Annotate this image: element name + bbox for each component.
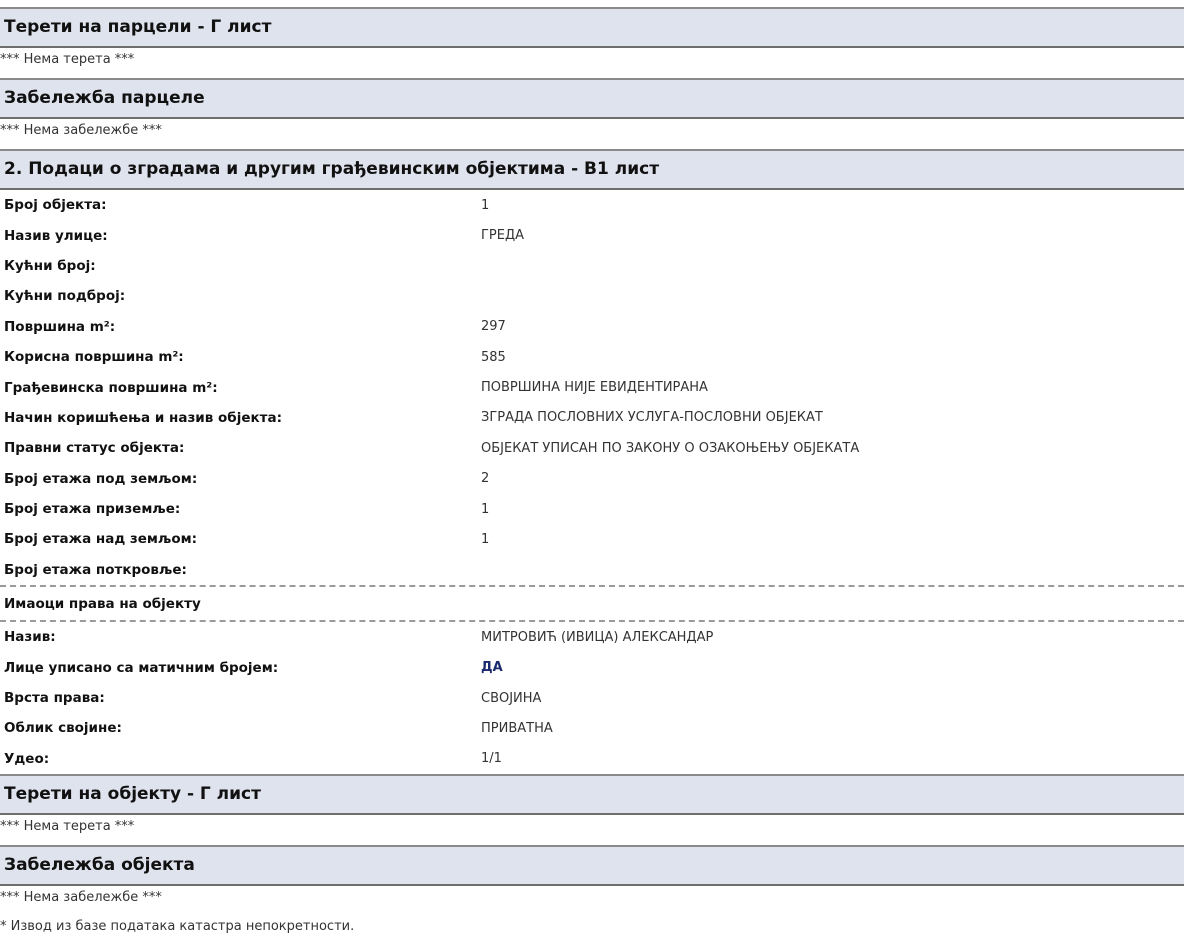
field-label: Број етажа над земљом: <box>0 531 481 547</box>
field-value: 1 <box>481 502 489 517</box>
field-label: Број објекта: <box>0 197 481 213</box>
field-row-floors-ground: Број етажа приземље: 1 <box>0 494 1184 524</box>
field-label: Назив: <box>0 629 481 645</box>
field-label: Кућни подброј: <box>0 288 481 304</box>
field-row-ownership-form: Облик својине: ПРИВАТНА <box>0 713 1184 743</box>
field-label: Назив улице: <box>0 228 481 244</box>
cadastre-extract: Терети на парцели - Г лист *** Нема тере… <box>0 7 1184 942</box>
field-value: ПОВРШИНА НИЈЕ ЕВИДЕНТИРАНА <box>481 380 708 395</box>
object-remarks-note: *** Нема забележбе *** <box>0 886 1184 916</box>
owners-subheading: Имаоци права на објекту <box>0 587 1184 620</box>
field-row-house-subnumber: Кућни подброј: <box>0 281 1184 311</box>
field-row-object-number: Број објекта: 1 <box>0 190 1184 220</box>
footer-note: * Извод из базе података катастра непокр… <box>0 916 1184 942</box>
field-value: 2 <box>481 471 489 486</box>
field-row-registered-with-id: Лице уписано са матичним бројем: ДА <box>0 652 1184 682</box>
field-row-floors-underground: Број етажа под земљом: 2 <box>0 464 1184 494</box>
field-value: ЗГРАДА ПОСЛОВНИХ УСЛУГА-ПОСЛОВНИ ОБЈЕКАТ <box>481 410 823 425</box>
field-label: Лице уписано са матичним бројем: <box>0 660 481 676</box>
field-row-usage-and-name: Начин коришћења и назив објекта: ЗГРАДА … <box>0 403 1184 433</box>
object-encumbrances-note: *** Нема терета *** <box>0 815 1184 845</box>
section-header-buildings: 2. Подаци о зградама и другим грађевинск… <box>0 149 1184 190</box>
field-value: 585 <box>481 350 506 365</box>
parcel-remarks-note: *** Нема забележбе *** <box>0 119 1184 149</box>
section-header-object-remarks: Забележба објекта <box>0 845 1184 886</box>
field-label: Начин коришћења и назив објекта: <box>0 410 481 426</box>
field-label: Кућни број: <box>0 258 481 274</box>
field-label: Врста права: <box>0 690 481 706</box>
field-row-right-type: Врста права: СВОЈИНА <box>0 683 1184 713</box>
field-row-share: Удео: 1/1 <box>0 744 1184 774</box>
parcel-encumbrances-note: *** Нема терета *** <box>0 48 1184 78</box>
owner-fields: Назив: МИТРОВИЋ (ИВИЦА) АЛЕКСАНДАР Лице … <box>0 622 1184 774</box>
field-label: Облик својине: <box>0 720 481 736</box>
field-value: ПРИВАТНА <box>481 721 553 736</box>
building-fields: Број објекта: 1 Назив улице: ГРЕДА Кућни… <box>0 190 1184 585</box>
section-header-parcel-encumbrances: Терети на парцели - Г лист <box>0 7 1184 48</box>
field-value: 1/1 <box>481 751 502 766</box>
field-row-legal-status: Правни статус објекта: ОБЈЕКАТ УПИСАН ПО… <box>0 433 1184 463</box>
field-row-floors-attic: Број етажа поткровље: <box>0 555 1184 585</box>
field-row-construction-area: Грађевинска површина m²: ПОВРШИНА НИЈЕ Е… <box>0 372 1184 402</box>
field-label: Број етажа под земљом: <box>0 471 481 487</box>
field-label: Број етажа поткровље: <box>0 562 481 578</box>
field-value: ОБЈЕКАТ УПИСАН ПО ЗАКОНУ О ОЗАКОЊЕЊУ ОБЈ… <box>481 441 859 456</box>
field-label: Грађевинска површина m²: <box>0 380 481 396</box>
field-label: Површина m²: <box>0 319 481 335</box>
field-value: МИТРОВИЋ (ИВИЦА) АЛЕКСАНДАР <box>481 630 713 645</box>
field-value: 1 <box>481 198 489 213</box>
section-header-object-encumbrances: Терети на објекту - Г лист <box>0 774 1184 815</box>
field-row-usable-area: Корисна површина m²: 585 <box>0 342 1184 372</box>
section-header-parcel-remarks: Забележба парцеле <box>0 78 1184 119</box>
field-row-house-number: Кућни број: <box>0 251 1184 281</box>
field-row-area: Површина m²: 297 <box>0 312 1184 342</box>
field-label: Правни статус објекта: <box>0 440 481 456</box>
field-row-owner-name: Назив: МИТРОВИЋ (ИВИЦА) АЛЕКСАНДАР <box>0 622 1184 652</box>
field-value: 1 <box>481 532 489 547</box>
field-value: ГРЕДА <box>481 228 524 243</box>
field-label: Корисна површина m²: <box>0 349 481 365</box>
field-value-yes: ДА <box>481 660 503 675</box>
field-row-floors-above-ground: Број етажа над земљом: 1 <box>0 524 1184 554</box>
field-label: Број етажа приземље: <box>0 501 481 517</box>
field-value: 297 <box>481 319 506 334</box>
field-row-street-name: Назив улице: ГРЕДА <box>0 220 1184 250</box>
field-label: Удео: <box>0 751 481 767</box>
field-value: СВОЈИНА <box>481 691 541 706</box>
